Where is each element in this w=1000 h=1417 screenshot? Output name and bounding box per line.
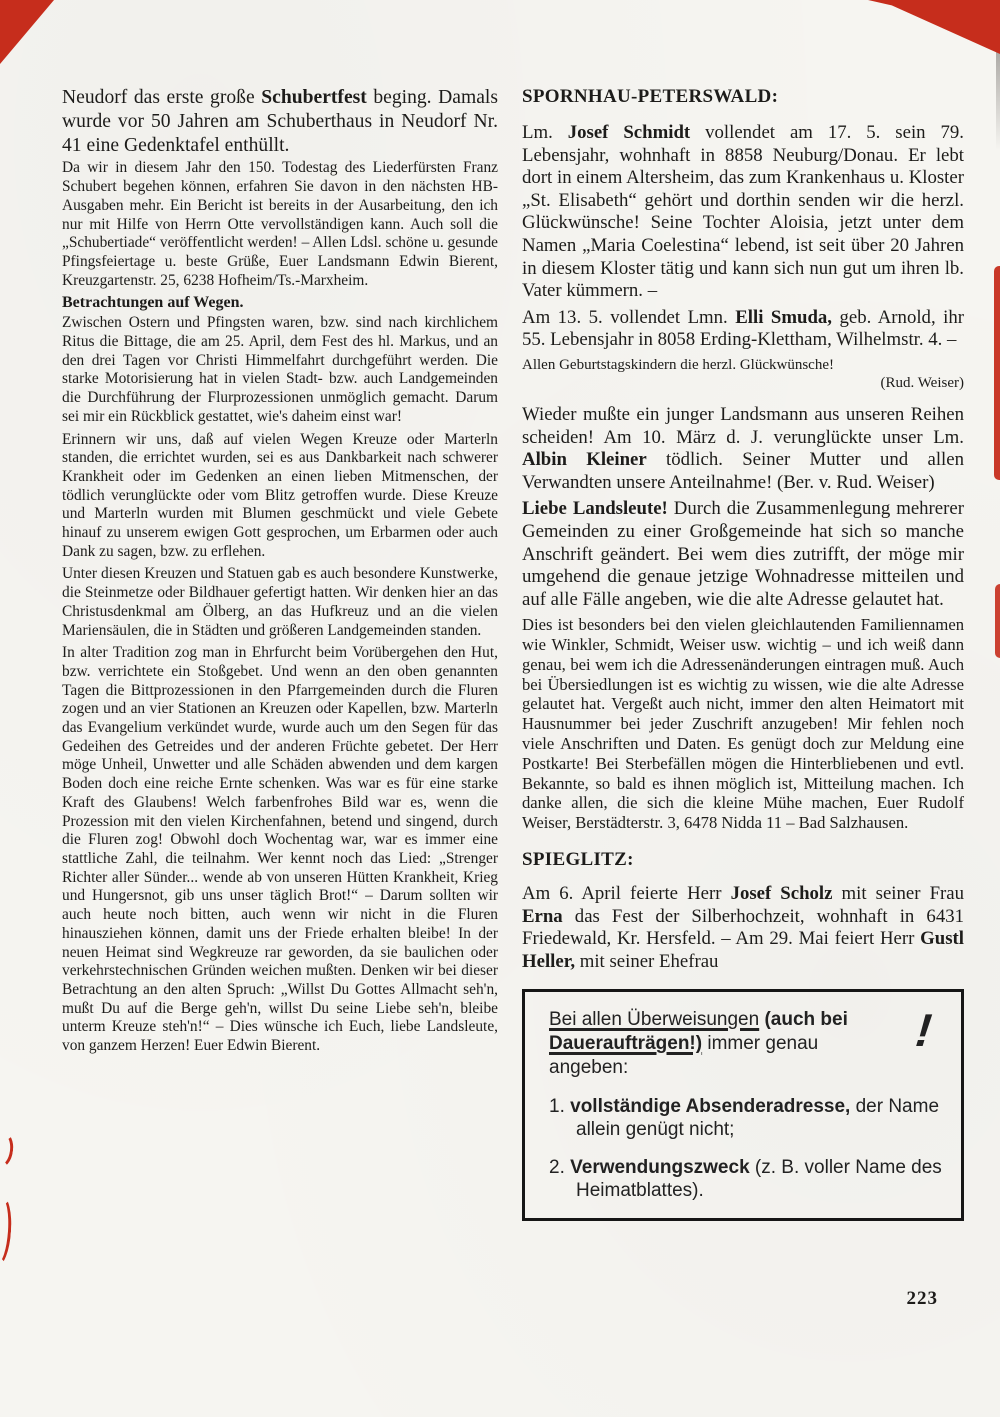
red-scan-artifact-right-edge-2 [995,584,1000,658]
paragraph: Dies ist besonders bei den vielen gleich… [522,615,964,833]
text-segment: (Rud. Weiser) [881,375,965,391]
text-segment: Bei allen Überweisungen [549,1009,759,1030]
text-segment: das Fest der Silberhochzeit, wohnhaft in… [522,906,964,950]
section-heading: SPORNHAU-PETERSWALD: [522,86,964,108]
text-segment: Elli Smuda, [735,307,832,328]
red-scan-artifact-left-edge-2 [0,1195,13,1266]
payment-notice-box: Bei allen Überweisungen (auch bei Dauera… [522,989,964,1221]
paragraph: Liebe Landsleute! Durch die Zusammenlegu… [522,498,964,611]
notice-item-number: 2. [549,1157,570,1178]
text-segment: mit seiner Ehefrau [575,951,718,972]
notice-item: 2. Verwendungszweck (z. B. voller Name d… [549,1156,949,1202]
paragraph: In alter Tradition zog man in Ehrfurcht … [62,644,498,1055]
paragraph: Zwischen Ostern und Pfingsten waren, bzw… [62,314,498,426]
text-segment: Allen Geburtstagskindern die herzl. Glüc… [522,357,834,373]
paragraph: Wieder mußte ein junger Landsmann aus un… [522,404,964,494]
paragraph: Am 6. April feierte Herr Josef Scholz mi… [522,883,964,973]
paragraph: Neudorf das erste große Schubertfest beg… [62,86,498,157]
notice-header: Bei allen Überweisungen (auch bei Dauera… [549,1008,949,1080]
text-segment: Betrachtungen auf Wegen. [62,294,243,311]
text-segment: Wieder mußte ein junger Landsmann aus un… [522,404,964,448]
text-segment: Erinnern wir uns, daß auf vielen Wegen K… [62,431,498,560]
red-scan-artifact-right-edge-1 [994,266,1000,480]
notice-title: Bei allen Überweisungen (auch bei Dauera… [549,1008,865,1080]
text-segment: Am 13. 5. vollendet Lmn. [522,307,735,328]
text-segment: Josef Scholz [731,883,833,904]
notice-item: 1. vollständige Absenderadresse, der Nam… [549,1095,949,1141]
text-segment: SPIEGLITZ: [522,849,634,870]
red-scan-artifact-top-right [868,0,1000,54]
text-segment: Liebe Landsleute! [522,498,668,519]
text-segment: Lm. [522,122,568,143]
text-segment: In alter Tradition zog man in Ehrfurcht … [62,644,498,1054]
text-segment: Unter diesen Kreuzen und Statuen gab es … [62,565,498,638]
two-column-text-area: Neudorf das erste große Schubertfest beg… [62,86,964,1221]
red-scan-artifact-top-left [0,0,54,64]
paragraph: Erinnern wir uns, daß auf vielen Wegen K… [62,431,498,562]
text-segment: Neudorf das erste große [62,87,261,108]
section-heading: SPIEGLITZ: [522,849,964,871]
text-segment: Erna [522,906,563,927]
notice-items: 1. vollständige Absenderadresse, der Nam… [549,1095,949,1202]
text-segment: vollendet am 17. 5. sein 79. Lebensjahr,… [522,122,964,301]
text-segment: Verwendungszweck [570,1157,750,1178]
text-segment: Dies ist besonders bei den vielen gleich… [522,615,964,832]
text-segment: Daueraufträgen!) [549,1033,702,1054]
text-segment: (auch bei [764,1009,847,1030]
paragraph: Allen Geburtstagskindern die herzl. Glüc… [522,356,964,374]
left-column: Neudorf das erste große Schubertfest beg… [62,86,498,1221]
paragraph: Lm. Josef Schmidt vollendet am 17. 5. se… [522,122,964,303]
page-number: 223 [907,1288,939,1310]
text-segment: Josef Schmidt [568,122,690,143]
paragraph: (Rud. Weiser) [522,374,964,392]
section-heading: Betrachtungen auf Wegen. [62,294,498,312]
text-segment: Albin Kleiner [522,449,647,470]
exclamation-mark: ! [913,1010,933,1051]
text-segment: vollständige Absenderadresse, [570,1096,850,1117]
text-segment: Am 6. April feierte Herr [522,883,731,904]
text-segment: Zwischen Ostern und Pfingsten waren, bzw… [62,314,498,425]
paragraph: Da wir in diesem Jahr den 150. Todestag … [62,159,498,290]
text-segment: mit seiner Frau [832,883,964,904]
red-scan-artifact-left-edge-1 [0,1131,15,1170]
paragraph: Am 13. 5. vollendet Lmn. Elli Smuda, geb… [522,307,964,352]
text-segment: Da wir in diesem Jahr den 150. Todestag … [62,159,498,288]
notice-item-number: 1. [549,1096,570,1117]
text-segment: Schubertfest [261,87,367,108]
right-column: SPORNHAU-PETERSWALD:Lm. Josef Schmidt vo… [522,86,964,1221]
right-column-blocks: SPORNHAU-PETERSWALD:Lm. Josef Schmidt vo… [522,86,964,973]
paragraph: Unter diesen Kreuzen und Statuen gab es … [62,565,498,640]
text-segment: SPORNHAU-PETERSWALD: [522,86,778,107]
